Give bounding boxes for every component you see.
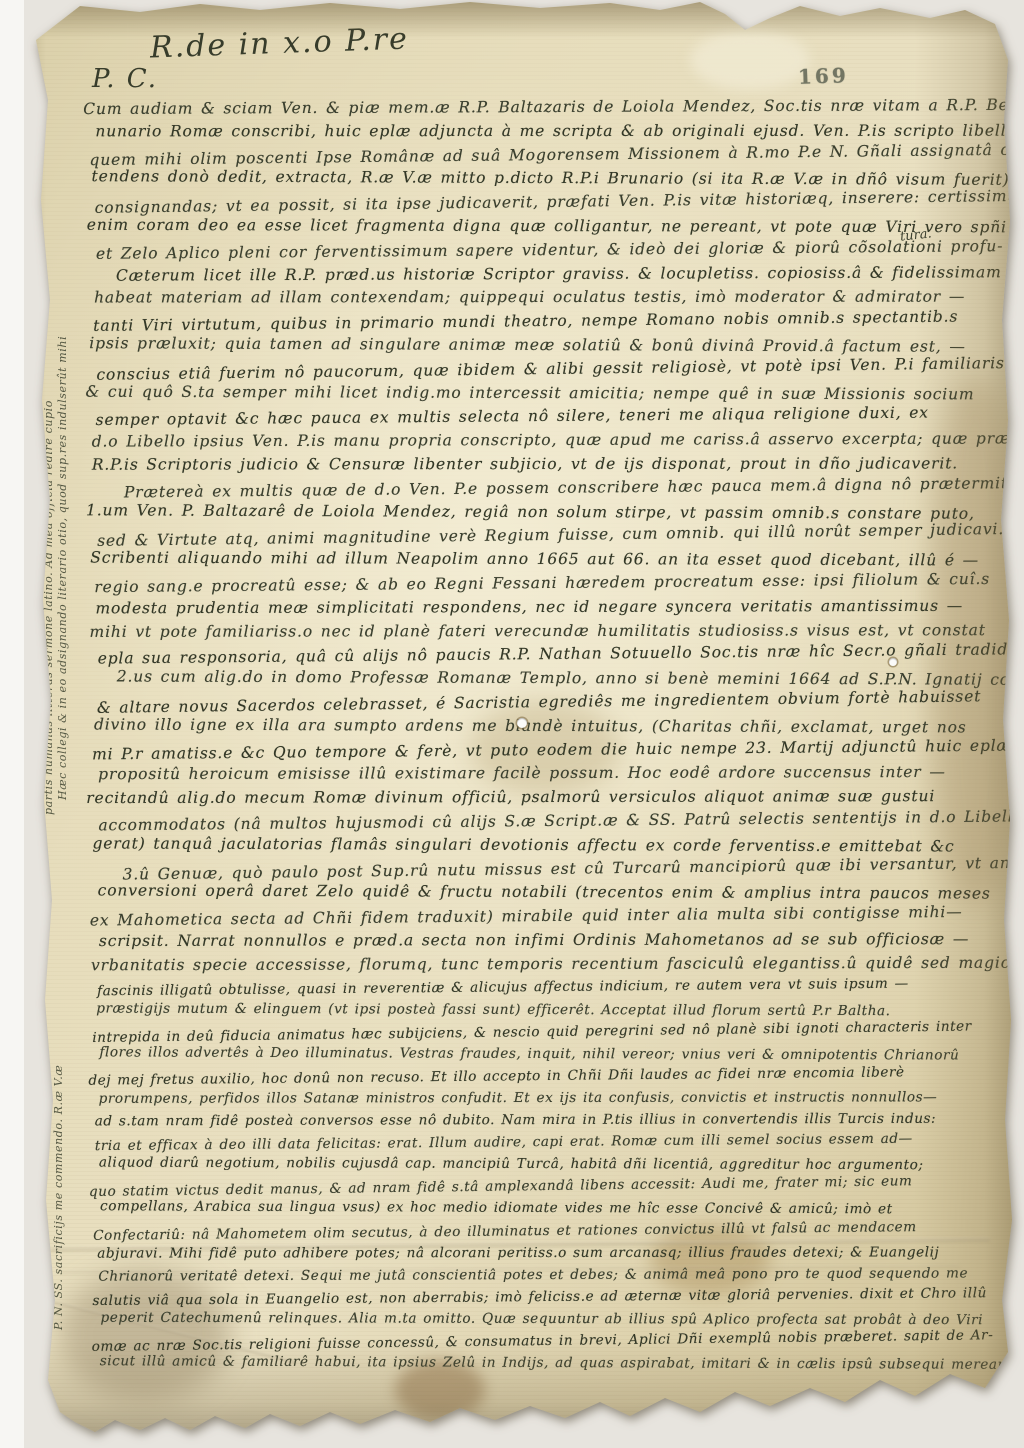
manuscript-line: prorumpens, perfidos illos Satanæ minist…	[99, 1086, 1003, 1110]
manuscript-line: modesta prudentia meæ simplicitati respo…	[95, 594, 1000, 620]
end-mark: #	[989, 1370, 1012, 1399]
manuscript-line: propositû heroicum emisisse illû existim…	[98, 761, 1001, 787]
manuscript-lines: Cum audiam & sciam Ven. & piæ mem.æ R.P.…	[83, 94, 1004, 1376]
paper-shadow-wrap: R.de in x.o P.re P. C. 169 Cum audiam & …	[0, 0, 1024, 1448]
manuscript-line: abjuravi. Mihi fidê puto adhibere potes;…	[97, 1241, 1003, 1264]
marginalia-line: Hæc collegi & in eo adsignando literario…	[56, 336, 69, 800]
manuscript-paper: R.de in x.o P.re P. C. 169 Cum audiam & …	[0, 0, 1024, 1448]
scanned-manuscript-page: R.de in x.o P.re P. C. 169 Cum audiam & …	[0, 0, 1024, 1448]
paper-hole	[889, 658, 897, 666]
subsalutation: P. C.	[92, 64, 158, 94]
page-number-stamp: 169	[798, 63, 850, 89]
manuscript-line: scripsit. Narrat nonnullos e præd.a sect…	[99, 928, 1002, 954]
marginalia-line: P. N. SS. sacrificijs me commendo. R.æ V…	[52, 1065, 65, 1330]
paper-tear-highlight	[690, 30, 810, 90]
manuscript-line: Cum audiam & sciam Ven. & piæ mem.æ R.P.…	[83, 94, 998, 122]
manuscript-line: Cæterum licet ille R.P. præd.us historiæ…	[88, 261, 999, 288]
paper-hole	[517, 718, 527, 728]
marginalia-line: partis humanas litteras sermone latino. …	[42, 400, 55, 815]
salutation-heading: R.de in x.o P.re	[149, 21, 409, 65]
manuscript-line: sicut illû amicû & familiarê habui, ita …	[99, 1350, 1003, 1376]
marginalia-line: jam redire, et in ea, si deo placet, eti…	[28, 271, 41, 700]
manuscript-line: d.o Libello ipsius Ven. P.is manu propri…	[92, 428, 1000, 455]
marginalia-line: servus in Chro indigniss.	[34, 1252, 47, 1405]
